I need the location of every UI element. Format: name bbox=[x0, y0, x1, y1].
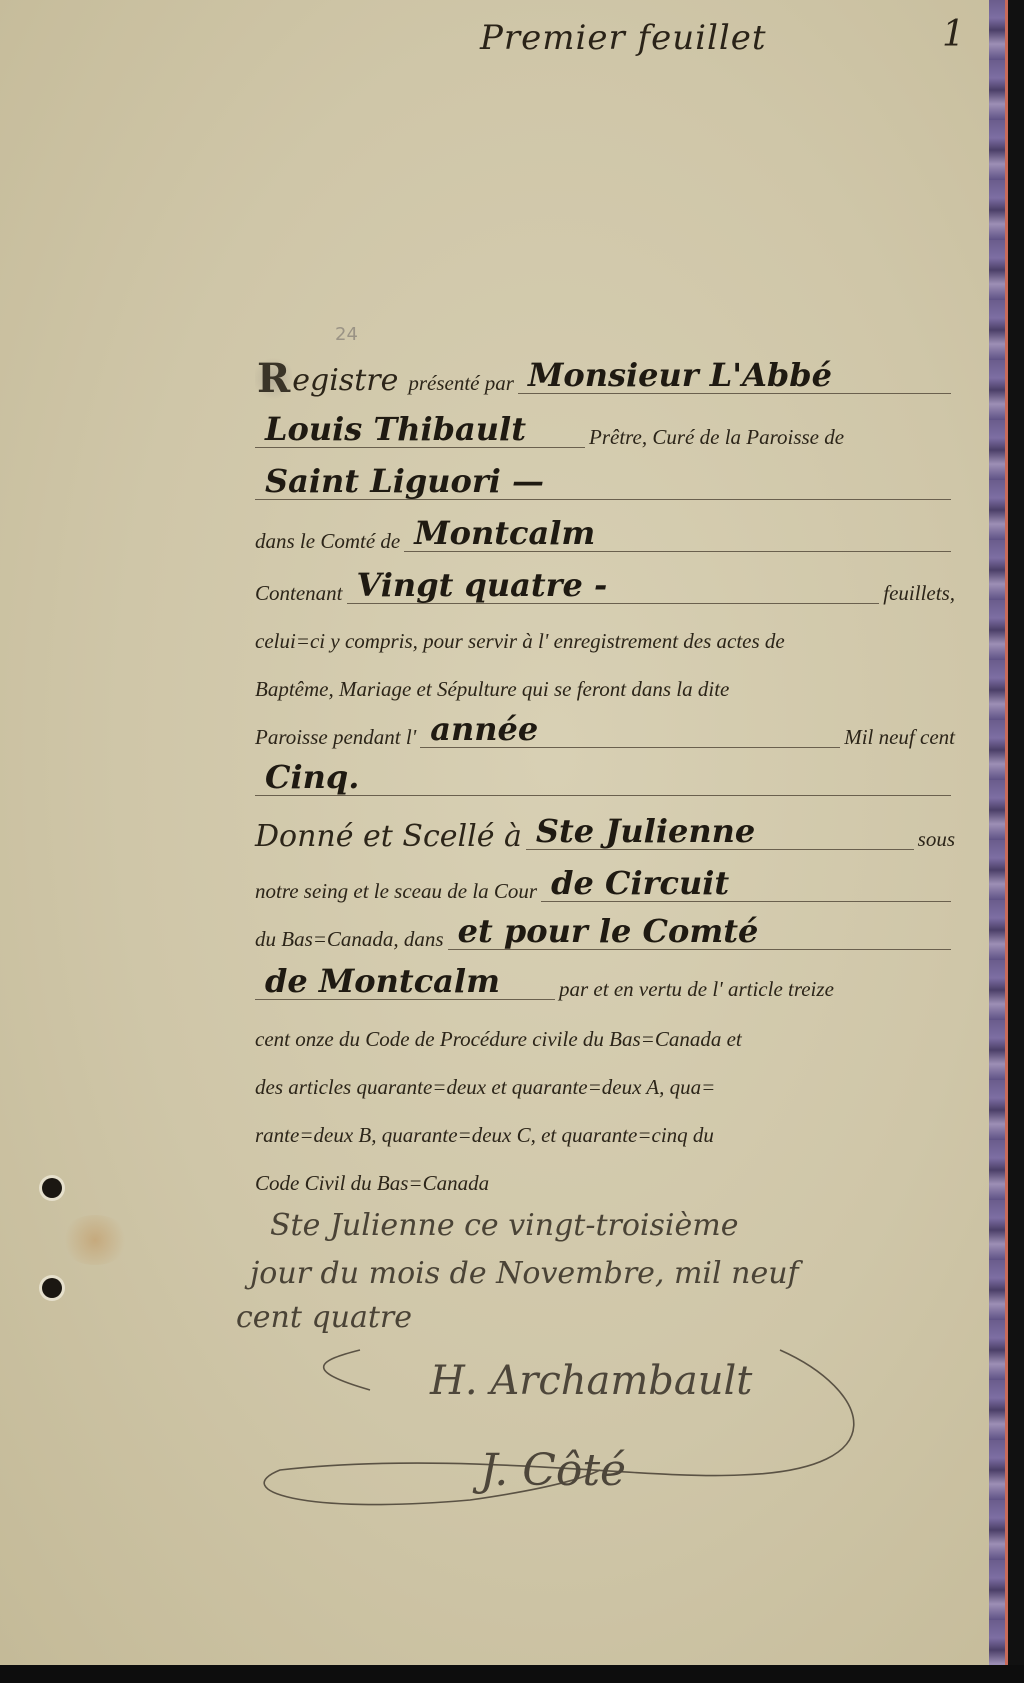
signature-cote: J. Côté bbox=[480, 1445, 626, 1496]
scan-bottom-edge bbox=[0, 1665, 1024, 1683]
printed-suffix: sous bbox=[918, 827, 955, 858]
form-line-5: Contenant Vingt quatre - feuillets, bbox=[255, 560, 955, 612]
handwritten-year: Cinq. bbox=[255, 759, 951, 796]
ornate-initial-r: R bbox=[255, 355, 292, 402]
printed-text: dans le Comté de bbox=[255, 529, 400, 560]
handwritten-parish: Saint Liguori — bbox=[255, 463, 951, 500]
handwritten-court: de Circuit bbox=[541, 865, 951, 902]
handwritten-leaf-count: Vingt quatre - bbox=[347, 567, 880, 604]
marbled-binding-edge bbox=[989, 0, 1005, 1665]
form-line-6: celui=ci y compris, pour servir à l' enr… bbox=[255, 608, 955, 660]
form-line-8: Paroisse pendant l' année Mil neuf cent bbox=[255, 704, 955, 756]
paper-stain bbox=[60, 1215, 130, 1265]
form-line-11: notre seing et le sceau de la Cour de Ci… bbox=[255, 858, 955, 910]
printed-text: Donné et Scellé à bbox=[255, 819, 522, 858]
form-line-9: Cinq. bbox=[255, 752, 955, 804]
form-line-1: R egistre présenté par Monsieur L'Abbé bbox=[255, 350, 955, 402]
form-line-7: Baptême, Mariage et Sépulture qui se fer… bbox=[255, 656, 955, 708]
form-line-17: Code Civil du Bas=Canada bbox=[255, 1150, 955, 1202]
handwritten-priest-name: Louis Thibault bbox=[255, 411, 585, 448]
printed-text: Prêtre, Curé de la Paroisse de bbox=[589, 425, 844, 456]
form-line-15: des articles quarante=deux et quarante=d… bbox=[255, 1054, 955, 1106]
folio-number: 1 bbox=[942, 14, 965, 55]
handwritten-place: Ste Julienne bbox=[526, 813, 914, 850]
printed-text: présenté par bbox=[408, 371, 514, 402]
printed-registre: egistre bbox=[292, 363, 398, 402]
punch-hole-top bbox=[42, 1178, 62, 1198]
pencil-note: 24 bbox=[335, 324, 358, 345]
printed-text: du Bas=Canada, dans bbox=[255, 927, 444, 958]
form-line-10: Donné et Scellé à Ste Julienne sous bbox=[255, 806, 955, 858]
closing-line-2: jour du mois de Novembre, mil neuf bbox=[250, 1256, 799, 1291]
punch-hole-bottom bbox=[42, 1278, 62, 1298]
handwritten-year-word: année bbox=[420, 711, 840, 748]
register-page: Premier feuillet 1 24 R egistre présenté… bbox=[0, 0, 1008, 1665]
form-line-2: Louis Thibault Prêtre, Curé de la Parois… bbox=[255, 404, 955, 456]
form-line-12: du Bas=Canada, dans et pour le Comté bbox=[255, 906, 955, 958]
printed-text: Code Civil du Bas=Canada bbox=[255, 1171, 489, 1202]
signature-archambault: H. Archambault bbox=[430, 1358, 752, 1404]
form-line-16: rante=deux B, quarante=deux C, et quaran… bbox=[255, 1102, 955, 1154]
closing-line-1: Ste Julienne ce vingt-troisième bbox=[270, 1208, 738, 1243]
page-heading: Premier feuillet bbox=[480, 18, 767, 58]
handwritten-presenter: Monsieur L'Abbé bbox=[518, 357, 951, 394]
printed-suffix: par et en vertu de l' article treize bbox=[559, 977, 834, 1008]
form-line-14: cent onze du Code de Procédure civile du… bbox=[255, 1006, 955, 1058]
handwritten-county-2: de Montcalm bbox=[255, 963, 555, 1000]
handwritten-county: Montcalm bbox=[404, 515, 951, 552]
form-line-4: dans le Comté de Montcalm bbox=[255, 508, 955, 560]
form-line-13: de Montcalm par et en vertu de l' articl… bbox=[255, 956, 955, 1008]
form-line-3: Saint Liguori — bbox=[255, 456, 955, 508]
handwritten-jurisdiction: et pour le Comté bbox=[448, 913, 951, 950]
